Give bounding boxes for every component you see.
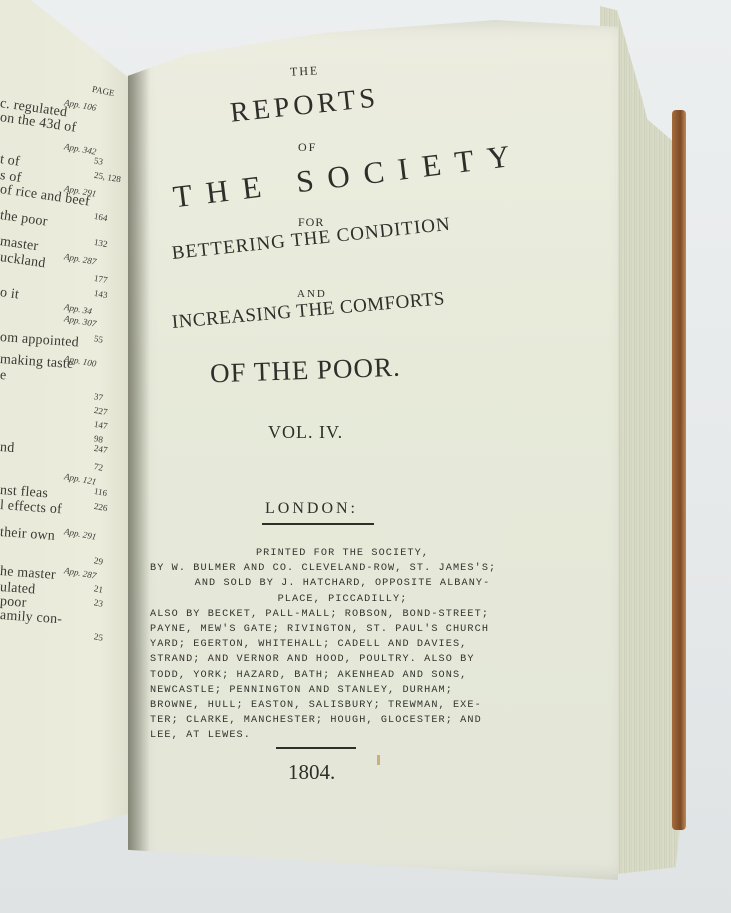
index-page-number: 177 xyxy=(93,273,108,285)
index-entry: nd xyxy=(0,440,15,457)
imprint-line: AND SOLD BY J. HATCHARD, OPPOSITE ALBANY… xyxy=(150,576,535,591)
gutter-shadow xyxy=(128,20,150,880)
index-page-number: 143 xyxy=(93,288,108,300)
index-page-number: 164 xyxy=(93,211,108,223)
index-page-number: 247 xyxy=(93,443,108,455)
index-page-number: 23 xyxy=(93,597,104,608)
index-page-number: 55 xyxy=(93,333,104,344)
imprint-line: BROWNE, HULL; EASTON, SALISBURY; TREWMAN… xyxy=(150,698,535,713)
index-page-number: 227 xyxy=(93,405,108,417)
index-entry: e xyxy=(0,368,7,384)
index-page-number: 147 xyxy=(93,419,108,431)
imprint-line: TER; CLARKE, MANCHESTER; HOUGH, GLOCESTE… xyxy=(150,713,535,728)
title-the: THE xyxy=(290,63,320,80)
paper-stain xyxy=(377,755,380,765)
index-page-number: 25 xyxy=(93,631,104,642)
leather-cover-edge xyxy=(672,110,686,830)
imprint-line: NEWCASTLE; PENNINGTON AND STANLEY, DURHA… xyxy=(150,683,535,698)
imprint-place: LONDON: xyxy=(265,500,358,518)
imprint-line: PLACE, PICCADILLY; xyxy=(150,592,535,607)
imprint-line: TODD, YORK; HAZARD, BATH; AKENHEAD AND S… xyxy=(150,668,535,683)
index-page-number: 226 xyxy=(93,501,108,513)
title-of: OF xyxy=(298,140,317,155)
imprint-block: PRINTED FOR THE SOCIETY, BY W. BULMER AN… xyxy=(150,546,535,744)
index-page-number: 29 xyxy=(93,555,104,566)
title-page xyxy=(128,20,618,880)
imprint-line: PAYNE, MEW'S GATE; RIVINGTON, ST. PAUL'S… xyxy=(150,622,535,637)
imprint-line: YARD; EGERTON, WHITEHALL; CADELL AND DAV… xyxy=(150,637,535,652)
index-page-number: 72 xyxy=(93,461,104,472)
index-page-number: 132 xyxy=(93,237,108,249)
publication-year: 1804. xyxy=(288,760,335,785)
volume-number: VOL. IV. xyxy=(268,422,343,443)
index-page-number: 37 xyxy=(93,391,104,402)
divider-rule xyxy=(276,747,356,749)
divider-rule xyxy=(262,523,374,525)
index-page-number: 116 xyxy=(93,486,108,498)
index-entry: o it xyxy=(0,285,20,304)
imprint-line: BY W. BULMER AND CO. CLEVELAND-ROW, ST. … xyxy=(150,561,535,576)
index-page-number: 53 xyxy=(93,155,104,166)
imprint-line: LEE, AT LEWES. xyxy=(150,728,535,743)
imprint-line: STRAND; AND VERNOR AND HOOD, POULTRY. AL… xyxy=(150,652,535,667)
index-page-number: 21 xyxy=(93,583,104,594)
imprint-line: PRINTED FOR THE SOCIETY, xyxy=(150,546,535,561)
book-photo: PAGEc. regulatedApp. 106on the 43d ofApp… xyxy=(0,0,731,913)
imprint-line: ALSO BY BECKET, PALL-MALL; ROBSON, BOND-… xyxy=(150,607,535,622)
